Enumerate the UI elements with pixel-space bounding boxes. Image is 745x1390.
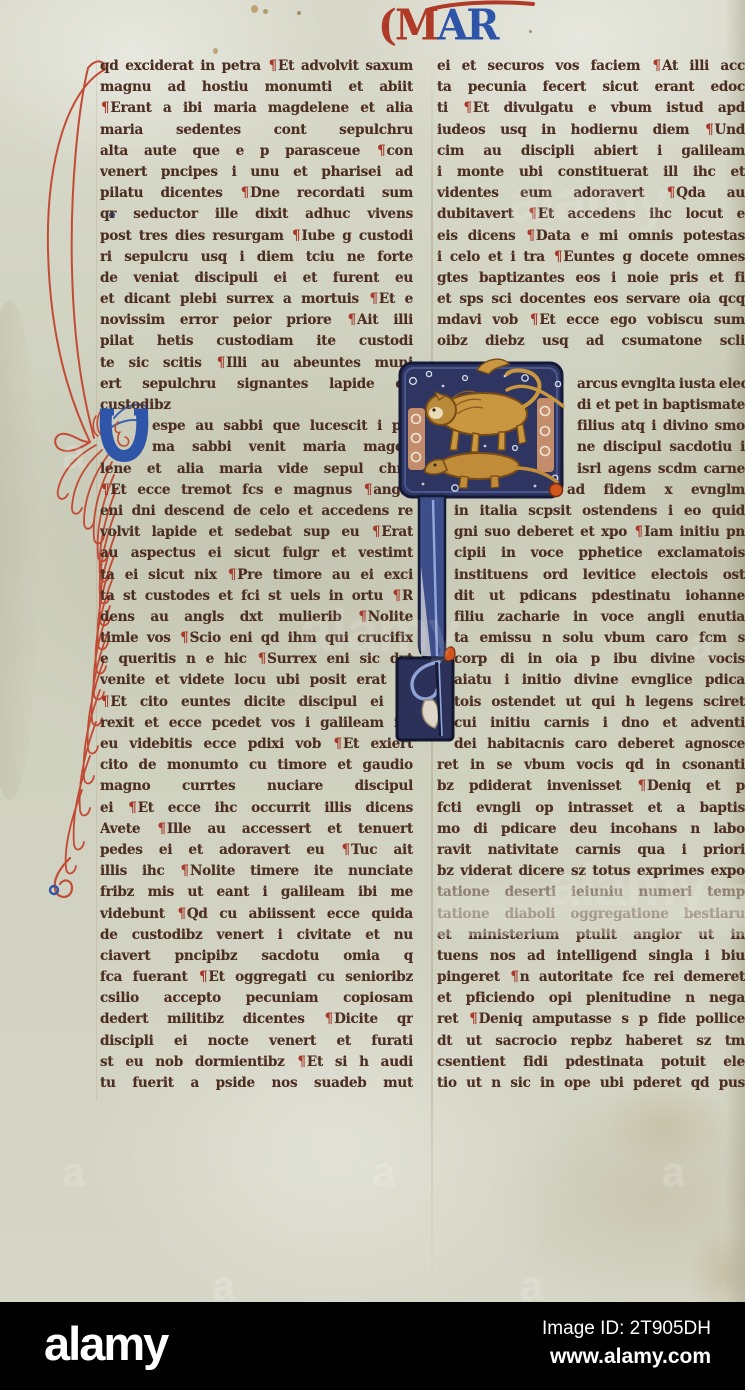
manuscript-text-line: videbunt ¶Qd cu abiissent ecce quida	[100, 906, 413, 927]
manuscript-text-line: bz pdiderat invenisset ¶Deniq et p	[437, 778, 745, 799]
manuscript-text-line: cito de monumto cu timore et gaudio	[100, 757, 413, 778]
manuscript-text-line: au aspectus ei sicut fulgr et vestimt	[100, 545, 413, 566]
running-title-letter: (	[378, 1, 395, 51]
manuscript-text-line: tio ut n sic in ope ubi pderet qd pus	[437, 1075, 745, 1096]
orange-flame	[445, 647, 455, 661]
manuscript-text-line: de veniat discipuli ei et furent eu	[100, 270, 413, 291]
manuscript-text-line: magno currtes nuciare discipul	[100, 778, 413, 799]
manuscript-text-line: eni dni descend de celo et accedens re	[100, 503, 413, 524]
drop-cap-v: V	[90, 406, 152, 466]
manuscript-text-line: maria sedentes cont sepulchru	[100, 122, 413, 143]
manuscript-text-line: et ministerium ptulit anglor ut in	[437, 927, 745, 948]
manuscript-text-line: qd exciderat in petra ¶Et advolvit saxum	[100, 58, 413, 79]
manuscript-text-line: discipli ei nocte venert et furati	[100, 1033, 413, 1054]
manuscript-text-line: ri sepulcru usq i diem tciu ne forte	[100, 249, 413, 270]
manuscript-text-line: tatione deserti ieiuniu numeri temp	[437, 884, 745, 905]
manuscript-text-line: ¶Et ecce tremot fcs e magnus ¶angls	[100, 482, 413, 503]
parchment-stain	[297, 11, 301, 15]
manuscript-text-line: ret in se vbum vocis qd in csonanti	[437, 757, 745, 778]
parchment-stain	[529, 30, 532, 33]
manuscript-text-line: dens au angls dxt mulierib ¶Nolite	[100, 609, 413, 630]
manuscript-text-line: iudeos usq in hodiernu diem ¶Und	[437, 122, 745, 143]
manuscript-text-line: ciavert pncipibz sacdotu omia q	[100, 948, 413, 969]
alamy-url-text: www.alamy.com	[542, 1342, 711, 1372]
manuscript-text-line: pingeret ¶n autoritate fce rei demeret	[437, 969, 745, 990]
manuscript-text-line: ei ¶Et ecce ihc occurrit illis dicens	[100, 800, 413, 821]
manuscript-text-line: de custodibz venert i civitate et nu	[100, 927, 413, 948]
manuscript-text-line: ta ei sicut nix ¶Pre timore au ei exci	[100, 567, 413, 588]
alamy-logo: alamy	[44, 1318, 167, 1370]
manuscript-text-line: ¶Et cito euntes dicite discipul ei qr	[100, 694, 413, 715]
manuscript-text-line: pilatu dicentes ¶Dne recordati sum	[100, 185, 413, 206]
manuscript-text-line: et sps sci docentes eos servare oia qcq	[437, 291, 745, 312]
manuscript-text-line: i celo et i tra ¶Euntes g docete omnes	[437, 249, 745, 270]
manuscript-text-line: te sic scitis ¶Illi au abeuntes muni	[100, 355, 413, 376]
manuscript-text-line: illis ihc ¶Nolite timere ite nunciate	[100, 863, 413, 884]
image-id-text: Image ID: 2T905DH	[542, 1316, 711, 1342]
manuscript-text-line: cim au discipli abiert i galileam	[437, 143, 745, 164]
manuscript-text-line: eis dicens ¶Data e mi omnis potestas	[437, 228, 745, 249]
manuscript-text-line: Avete ¶Ille au accessert et tenuert	[100, 821, 413, 842]
parchment-stain	[251, 5, 258, 13]
manuscript-text-line: csentient fidi pdestinata potuit ele	[437, 1054, 745, 1075]
running-title-swash	[425, 0, 535, 14]
manuscript-text-line: ei et securos vos faciem ¶At illi acc	[437, 58, 745, 79]
manuscript-text-line: fca fuerant ¶Et oggregati cu senioribz	[100, 969, 413, 990]
manuscript-text-line: magnu ad hostiu monumti et abiit	[100, 79, 413, 100]
manuscript-text-line: gtes baptizantes eos i noie pris et fi	[437, 270, 745, 291]
manuscript-text-line: tatione diaboli oggregatione bestiaru	[437, 906, 745, 927]
manuscript-text-line: timle vos ¶Scio eni qd ihm qui crucifix	[100, 630, 413, 651]
manuscript-text-line: eu videbitis ecce pdixi vob ¶Et exiert	[100, 736, 413, 757]
manuscript-text-line: e queritis n e hic ¶Surrex eni sic dxt	[100, 651, 413, 672]
parchment-stain	[213, 48, 218, 54]
manuscript-text-line: videntes eum adoravert ¶Qda au	[437, 185, 745, 206]
manuscript-text-line: et dicant plebi surrex a mortuis ¶Et e	[100, 291, 413, 312]
manuscript-text-line: dedert militibz dicentes ¶Dicite qr	[100, 1011, 413, 1032]
manuscript-text-line: ta pecunia fecert sicut erant edoc	[437, 79, 745, 100]
footer-info: Image ID: 2T905DH www.alamy.com	[542, 1316, 711, 1372]
manuscript-text-line: alta aute que e p parasceue ¶con	[100, 143, 413, 164]
parchment-stain	[263, 9, 268, 14]
manuscript-text-line: rexit et ecce pcedet vos i galileam ibi	[100, 715, 413, 736]
descender-terminal	[397, 647, 455, 740]
manuscript-text-line: mdavi vob ¶Et ecce ego vobiscu sum	[437, 312, 745, 333]
manuscript-text-line: et pficiendo opi plenitudine n nega	[437, 990, 745, 1011]
manuscript-text-line: ravit nativitate carnis qua i priori	[437, 842, 745, 863]
manuscript-text-line: st eu nob dormientibz ¶Et si h audi	[100, 1054, 413, 1075]
manuscript-text-line: ti ¶Et divulgatu e vbum istud apd	[437, 100, 745, 121]
drop-cap-v-art	[90, 406, 152, 466]
manuscript-text-line: csilio accepto pecuniam copiosam	[100, 990, 413, 1011]
manuscript-text-line: tu fuerit a pside nos suadeb mut	[100, 1075, 413, 1096]
manuscript-text-line: bz viderat dicere sz totus exprimes expo	[437, 863, 745, 884]
manuscript-text-line: dubitavert ¶Et accedens ihc locut e	[437, 206, 745, 227]
manuscript-text-line: mo di pdicare deu incohans n labo	[437, 821, 745, 842]
manuscript-text-line: pedes ei et adoravert eu ¶Tuc ait	[100, 842, 413, 863]
manuscript-text-line: dt ut sacrocio repbz haberet sz tm	[437, 1033, 745, 1054]
manuscript-text-line: venite et videte locu ubi posit erat ds	[100, 672, 413, 693]
manuscript-text-line: ¶Erant a ibi maria magdelene et alia	[100, 100, 413, 121]
stock-photo-footer: alamy Image ID: 2T905DH www.alamy.com	[0, 1302, 745, 1390]
manuscript-text-line: fribz mis ut eant i galileam ibi me	[100, 884, 413, 905]
illuminated-initial-art	[395, 356, 575, 748]
manuscript-text-line: post tres dies resurgam ¶Iube g custodi	[100, 228, 413, 249]
manuscript-text-line: ret ¶Deniq amputasse s p fide pollice	[437, 1011, 745, 1032]
manuscript-text-line: fcti evngli op intrasset et a baptis	[437, 800, 745, 821]
manuscript-text-line: venert pncipes i unu et pharisei ad	[100, 164, 413, 185]
manuscript-text-line: ert sepulchru signantes lapide cu	[100, 376, 413, 397]
illuminated-initial-m: M	[395, 356, 575, 748]
orange-ball	[550, 484, 563, 497]
text-column-left: qd exciderat in petra ¶Et advolvit saxum…	[100, 58, 413, 1096]
manuscript-text-line: qr seductor ille dixit adhuc vivens	[100, 206, 413, 227]
manuscript-text-line: i monte ubi constituerat ill ihc et	[437, 164, 745, 185]
manuscript-text-line: oibz diebz usq ad csumatone scli	[437, 333, 745, 354]
manuscript-text-line: ta st custodes et fci st uels in ortu ¶R	[100, 588, 413, 609]
manuscript-text-line: tuens nos ad intelligend singla i biu	[437, 948, 745, 969]
manuscript-text-line: pilat hetis custodiam ite custodi	[100, 333, 413, 354]
manuscript-text-line: novissim error peior priore ¶Ait illi	[100, 312, 413, 333]
manuscript-text-line: volvit lapide et sedebat sup eu ¶Erat	[100, 524, 413, 545]
